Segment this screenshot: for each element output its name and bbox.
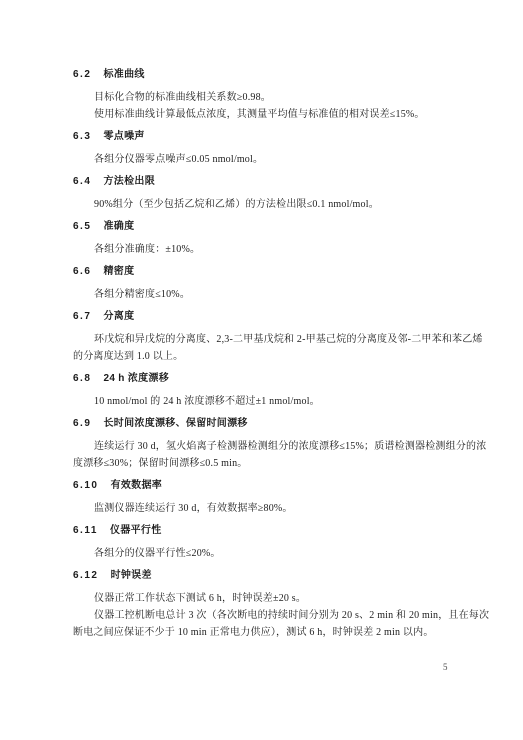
paragraph-line: 10 nmol/mol 的 24 h 浓度漂移不超过±1 nmol/mol。 [73,393,463,410]
section: 6.2 标准曲线 目标化合物的标准曲线相关系数≥0.98。使用标准曲线计算最低点… [73,66,463,123]
section-heading: 6.4 方法检出限 [73,173,463,190]
section-number: 6.7 [73,308,91,325]
section-heading: 6.5 准确度 [73,218,463,235]
section-number: 6.2 [73,66,91,83]
paragraph-line: 仪器工控机断电总计 3 次（各次断电的持续时间分别为 20 s、2 min 和 … [73,607,463,624]
paragraph-line: 90%组分（至少包括乙烷和乙烯）的方法检出限≤0.1 nmol/mol。 [73,196,463,213]
paragraph-line: 连续运行 30 d，氢火焰离子检测器检测组分的浓度漂移≤15%；质谱检测器检测组… [73,438,463,455]
section-list: 6.2 标准曲线 目标化合物的标准曲线相关系数≥0.98。使用标准曲线计算最低点… [0,0,523,641]
section-title: 时钟误差 [111,570,152,581]
paragraph-line: 监测仪器连续运行 30 d，有效数据率≥80%。 [73,500,463,517]
paragraph-line: 各组分的仪器平行性≤20%。 [73,545,463,562]
section: 6.7 分离度 环戊烷和异戊烷的分离度、2,3-二甲基戊烷和 2-甲基己烷的分离… [73,308,463,365]
section-number: 6.5 [73,218,91,235]
section-heading: 6.6 精密度 [73,263,463,280]
paragraph-line: 目标化合物的标准曲线相关系数≥0.98。 [73,89,463,106]
paragraph-line: 仪器正常工作状态下测试 6 h，时钟误差±20 s。 [73,590,463,607]
section-number: 6.12 [73,567,98,584]
section: 6.5 准确度 各组分准确度：±10%。 [73,218,463,258]
section-number: 6.8 [73,370,91,387]
section: 6.10 有效数据率 监测仪器连续运行 30 d，有效数据率≥80%。 [73,477,463,517]
section-number: 6.11 [73,522,98,539]
section: 6.8 24 h 浓度漂移 10 nmol/mol 的 24 h 浓度漂移不超过… [73,370,463,410]
section-heading: 6.10 有效数据率 [73,477,463,494]
section: 6.11 仪器平行性 各组分的仪器平行性≤20%。 [73,522,463,562]
section: 6.12 时钟误差 仪器正常工作状态下测试 6 h，时钟误差±20 s。仪器工控… [73,567,463,641]
section-title: 方法检出限 [104,176,156,187]
section-title: 有效数据率 [111,480,163,491]
paragraph-line: 断电之间应保证不少于 10 min 正常电力供应），测试 6 h，时钟误差 2 … [73,624,463,641]
page-number: 5 [443,662,448,672]
section-title: 24 h 浓度漂移 [104,373,170,384]
section: 6.6 精密度 各组分精密度≤10%。 [73,263,463,303]
section-number: 6.3 [73,128,91,145]
section: 6.3 零点噪声 各组分仪器零点噪声≤0.05 nmol/mol。 [73,128,463,168]
section-title: 零点噪声 [104,131,145,142]
section-number: 6.4 [73,173,91,190]
section-heading: 6.2 标准曲线 [73,66,463,83]
section: 6.9 长时间浓度漂移、保留时间漂移 连续运行 30 d，氢火焰离子检测器检测组… [73,415,463,472]
section-heading: 6.7 分离度 [73,308,463,325]
document-page: 6.2 标准曲线 目标化合物的标准曲线相关系数≥0.98。使用标准曲线计算最低点… [0,0,523,740]
section-title: 精密度 [104,266,135,277]
section-title: 长时间浓度漂移、保留时间漂移 [104,418,248,429]
paragraph-line: 各组分准确度：±10%。 [73,241,463,258]
paragraph-line: 的分离度达到 1.0 以上。 [73,348,463,365]
section-number: 6.10 [73,477,98,494]
section-title: 分离度 [104,311,135,322]
paragraph-line: 环戊烷和异戊烷的分离度、2,3-二甲基戊烷和 2-甲基己烷的分离度及邻-二甲苯和… [73,331,463,348]
section-heading: 6.9 长时间浓度漂移、保留时间漂移 [73,415,463,432]
section-title: 准确度 [104,221,135,232]
section-title: 仪器平行性 [110,525,162,536]
paragraph-line: 度漂移≤30%；保留时间漂移≤0.5 min。 [73,455,463,472]
paragraph-line: 各组分精密度≤10%。 [73,286,463,303]
paragraph-line: 使用标准曲线计算最低点浓度，其测量平均值与标准值的相对误差≤15%。 [73,106,463,123]
section-heading: 6.12 时钟误差 [73,567,463,584]
section-heading: 6.11 仪器平行性 [73,522,463,539]
section-title: 标准曲线 [104,69,145,80]
section-number: 6.6 [73,263,91,280]
paragraph-line: 各组分仪器零点噪声≤0.05 nmol/mol。 [73,151,463,168]
section: 6.4 方法检出限 90%组分（至少包括乙烷和乙烯）的方法检出限≤0.1 nmo… [73,173,463,213]
section-heading: 6.8 24 h 浓度漂移 [73,370,463,387]
section-number: 6.9 [73,415,91,432]
section-heading: 6.3 零点噪声 [73,128,463,145]
